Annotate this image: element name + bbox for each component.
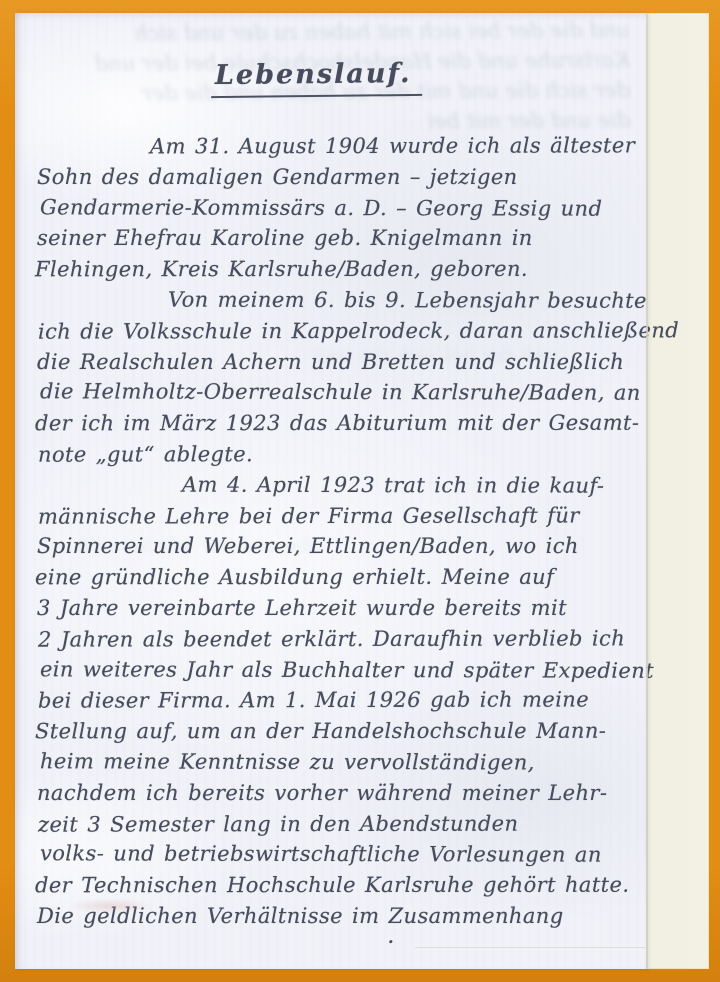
handwritten-line: 2 Jahren als beendet erklärt. Daraufhin … xyxy=(38,623,638,655)
handwritten-line: heim meine Kenntnisse zu vervollständige… xyxy=(40,746,640,778)
scanned-document-page: { "doc": { "title": "Lebenslauf.", "trai… xyxy=(0,0,720,982)
ink-smudge xyxy=(67,899,153,913)
handwritten-line: Flehingen, Kreis Karlsruhe/Baden, gebore… xyxy=(35,254,635,285)
handwritten-line: Sohn des damaligen Gendarmen – jetzigen xyxy=(37,162,637,193)
paper-right-edge-shadow xyxy=(646,13,648,969)
handwritten-line: männische Lehre bei der Firma Gesellscha… xyxy=(38,500,638,532)
handwritten-line: die Realschulen Achern und Bretten und s… xyxy=(37,347,637,378)
document-title: Lebenslauf. xyxy=(211,58,422,98)
scan-backing: und die der bei sich mit haben zu der un… xyxy=(15,13,709,969)
handwritten-line: der ich im März 1923 das Abiturium mit d… xyxy=(35,408,635,439)
handwritten-line: der Technischen Hochschule Karlsruhe geh… xyxy=(35,870,635,901)
handwritten-line: note „gut“ ablegte. xyxy=(38,438,638,470)
handwritten-line: 3 Jahre vereinbarte Lehrzeit wurde berei… xyxy=(37,593,637,624)
handwritten-line: Stellung auf, um an der Handelshochschul… xyxy=(35,716,635,747)
handwritten-line: Von meinem 6. bis 9. Lebensjahr besuchte xyxy=(40,284,640,316)
handwritten-line: Spinnerei und Weberei, Ettlingen/Baden, … xyxy=(37,531,637,562)
handwritten-line: ich die Volksschule in Kappelrodeck, dar… xyxy=(38,315,638,347)
handwritten-line: zeit 3 Semester lang in den Abendstunden xyxy=(38,808,638,840)
bleedthrough-line: und die der bei sich mit haben zu der un… xyxy=(40,15,630,49)
handwritten-line: nachdem ich bereits vorher während meine… xyxy=(37,778,637,809)
handwritten-line: seiner Ehefrau Karoline geb. Knigelmann … xyxy=(37,223,637,254)
handwritten-line: die Helmholtz-Oberrealschule in Karlsruh… xyxy=(40,377,640,409)
paper-crease xyxy=(415,947,645,948)
handwritten-line: Gendarmerie-Kommissärs a. D. – Georg Ess… xyxy=(40,192,640,224)
document-body: Am 31. August 1904 wurde ich als älteste… xyxy=(37,131,637,932)
handwritten-line: Am 31. August 1904 wurde ich als älteste… xyxy=(38,130,638,162)
paper-sheet: und die der bei sich mit haben zu der un… xyxy=(15,13,646,969)
handwritten-line: Am 4. April 1923 trat ich in die kauf- xyxy=(40,469,640,501)
handwritten-line: eine gründliche Ausbildung erhielt. Mein… xyxy=(35,562,635,593)
handwritten-line: ein weiteres Jahr als Buchhalter und spä… xyxy=(40,654,640,686)
handwritten-line: volks- und betriebswirtschaftliche Vorle… xyxy=(40,839,640,871)
stray-ink-dot: . xyxy=(387,921,395,949)
handwritten-line: bei dieser Firma. Am 1. Mai 1926 gab ich… xyxy=(38,685,638,717)
